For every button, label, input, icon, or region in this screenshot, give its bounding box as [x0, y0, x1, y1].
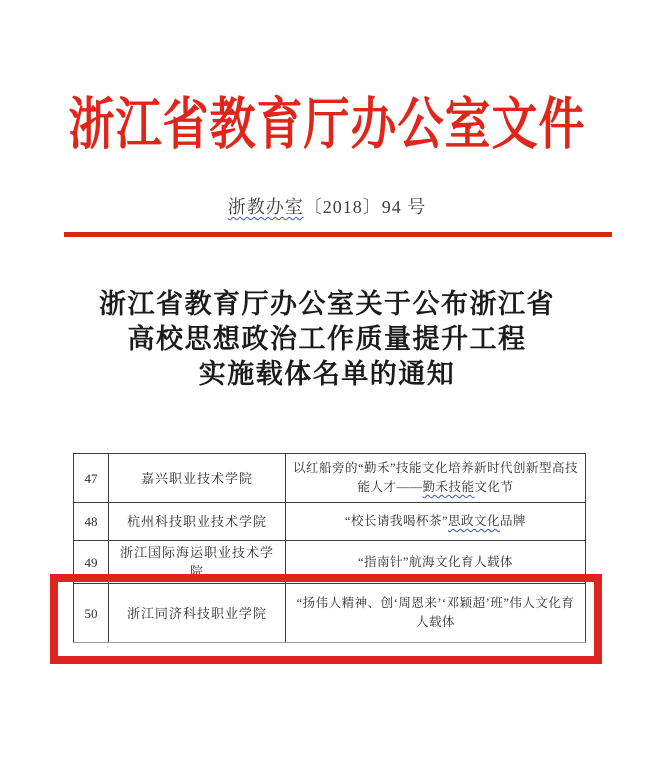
- project-name-cell: 以红船旁的“勤禾”技能文化培养新时代创新型高技能人才——勤禾技能文化节: [286, 454, 586, 503]
- document-number-serial: 〔2018〕94 号: [304, 197, 427, 217]
- project-text: 品牌: [500, 514, 526, 528]
- table-row: 47 嘉兴职业技术学院 以红船旁的“勤禾”技能文化培养新时代创新型高技能人才——…: [74, 454, 586, 503]
- project-text-underlined: 勤禾技能: [422, 480, 474, 494]
- project-name-cell: “指南针”航海文化育人载体: [286, 541, 586, 584]
- notice-title: 浙江省教育厅办公室关于公布浙江省 高校思想政治工作质量提升工程 实施载体名单的通…: [0, 287, 654, 392]
- document-number: 浙教办室〔2018〕94 号: [0, 193, 654, 219]
- project-name-cell: “校长请我喝杯茶”思政文化品牌: [286, 503, 586, 541]
- school-name-cell: 杭州科技职业技术学院: [109, 503, 286, 541]
- table-row: 49 浙江国际海运职业技术学院 “指南针”航海文化育人载体: [74, 541, 586, 584]
- row-number-cell: 49: [74, 541, 109, 584]
- project-text: “指南针”航海文化育人载体: [358, 555, 513, 569]
- document-number-agency: 浙教办室: [228, 197, 304, 217]
- document-page: 浙江省教育厅办公室文件 浙教办室〔2018〕94 号 浙江省教育厅办公室关于公布…: [0, 0, 654, 759]
- document-header-title: 浙江省教育厅办公室文件: [0, 80, 654, 161]
- row-number-cell: 50: [74, 584, 109, 643]
- notice-title-line2: 高校思想政治工作质量提升工程: [0, 322, 654, 357]
- table-row-highlighted: 50 浙江同济科技职业学院 “扬伟人精神、创‘周恩来’‘邓颖超’班”伟人文化育人…: [74, 584, 586, 643]
- school-name-cell: 嘉兴职业技术学院: [109, 454, 286, 503]
- project-text: 文化节: [475, 480, 514, 494]
- school-name-cell: 浙江同济科技职业学院: [109, 584, 286, 643]
- red-divider-rule: [64, 232, 612, 237]
- table-row: 48 杭州科技职业技术学院 “校长请我喝杯茶”思政文化品牌: [74, 503, 586, 541]
- notice-title-line3: 实施载体名单的通知: [0, 357, 654, 392]
- project-text: “扬伟人精神、创‘周恩来’‘邓颖超’班”伟人文化育人载体: [297, 596, 575, 629]
- project-text: “校长请我喝杯茶”: [345, 514, 448, 528]
- notice-title-line1: 浙江省教育厅办公室关于公布浙江省: [0, 287, 654, 322]
- project-name-cell: “扬伟人精神、创‘周恩来’‘邓颖超’班”伟人文化育人载体: [286, 584, 586, 643]
- school-name-cell: 浙江国际海运职业技术学院: [109, 541, 286, 584]
- row-number-cell: 48: [74, 503, 109, 541]
- carrier-list-table: 47 嘉兴职业技术学院 以红船旁的“勤禾”技能文化培养新时代创新型高技能人才——…: [73, 453, 586, 643]
- project-text-underlined: 思政文化: [448, 514, 500, 528]
- row-number-cell: 47: [74, 454, 109, 503]
